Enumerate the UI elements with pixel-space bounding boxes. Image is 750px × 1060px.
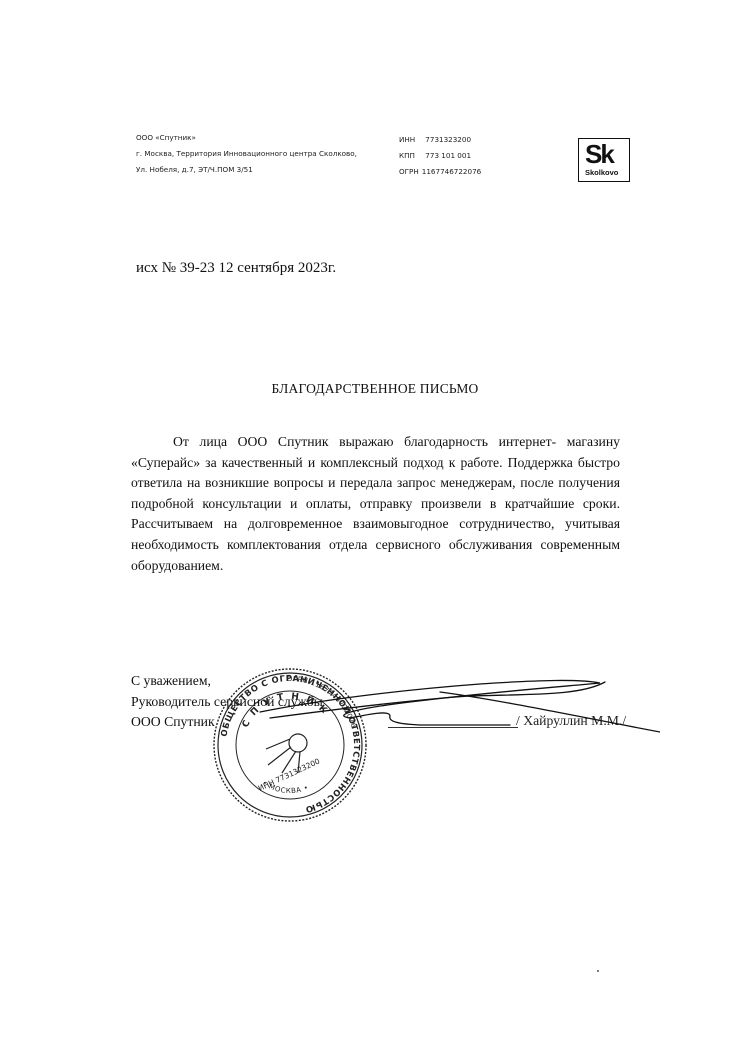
ogrn-value: 1167746722076 [422,167,481,176]
letter-title: БЛАГОДАРСТВЕННОЕ ПИСЬМО [0,381,750,397]
kpp-row: КПП 773 101 001 [399,148,481,164]
address-line-2: Ул. Нобеля, д.7, ЭТ/Ч.ПОМ 3/51 [136,162,357,178]
inn-row: ИНН 7731323200 [399,132,481,148]
kpp-value: 773 101 001 [425,151,471,160]
address-line-1: г. Москва, Территория Инновационного цен… [136,146,357,162]
kpp-label: КПП [399,148,423,164]
company-name: ООО «Спутник» [136,130,357,146]
skolkovo-logo-name: Skolkovo [585,168,618,177]
inn-value: 7731323200 [425,135,471,144]
skolkovo-logo: Sk Skolkovo [578,138,630,182]
letter-body: От лица ООО Спутник выражаю благодарност… [131,432,620,576]
handwritten-signature [240,670,660,740]
scan-speck [597,970,599,972]
letterhead-left: ООО «Спутник» г. Москва, Территория Инно… [136,130,357,178]
body-paragraph: От лица ООО Спутник выражаю благодарност… [131,432,620,576]
outgoing-reference: исх № 39-23 12 сентября 2023г. [136,260,336,277]
inn-label: ИНН [399,132,423,148]
letterhead-registration: ИНН 7731323200 КПП 773 101 001 ОГРН11677… [399,132,481,180]
skolkovo-logo-mark: Sk [585,140,613,168]
ogrn-row: ОГРН1167746722076 [399,164,481,180]
ogrn-label: ОГРН [399,164,419,180]
